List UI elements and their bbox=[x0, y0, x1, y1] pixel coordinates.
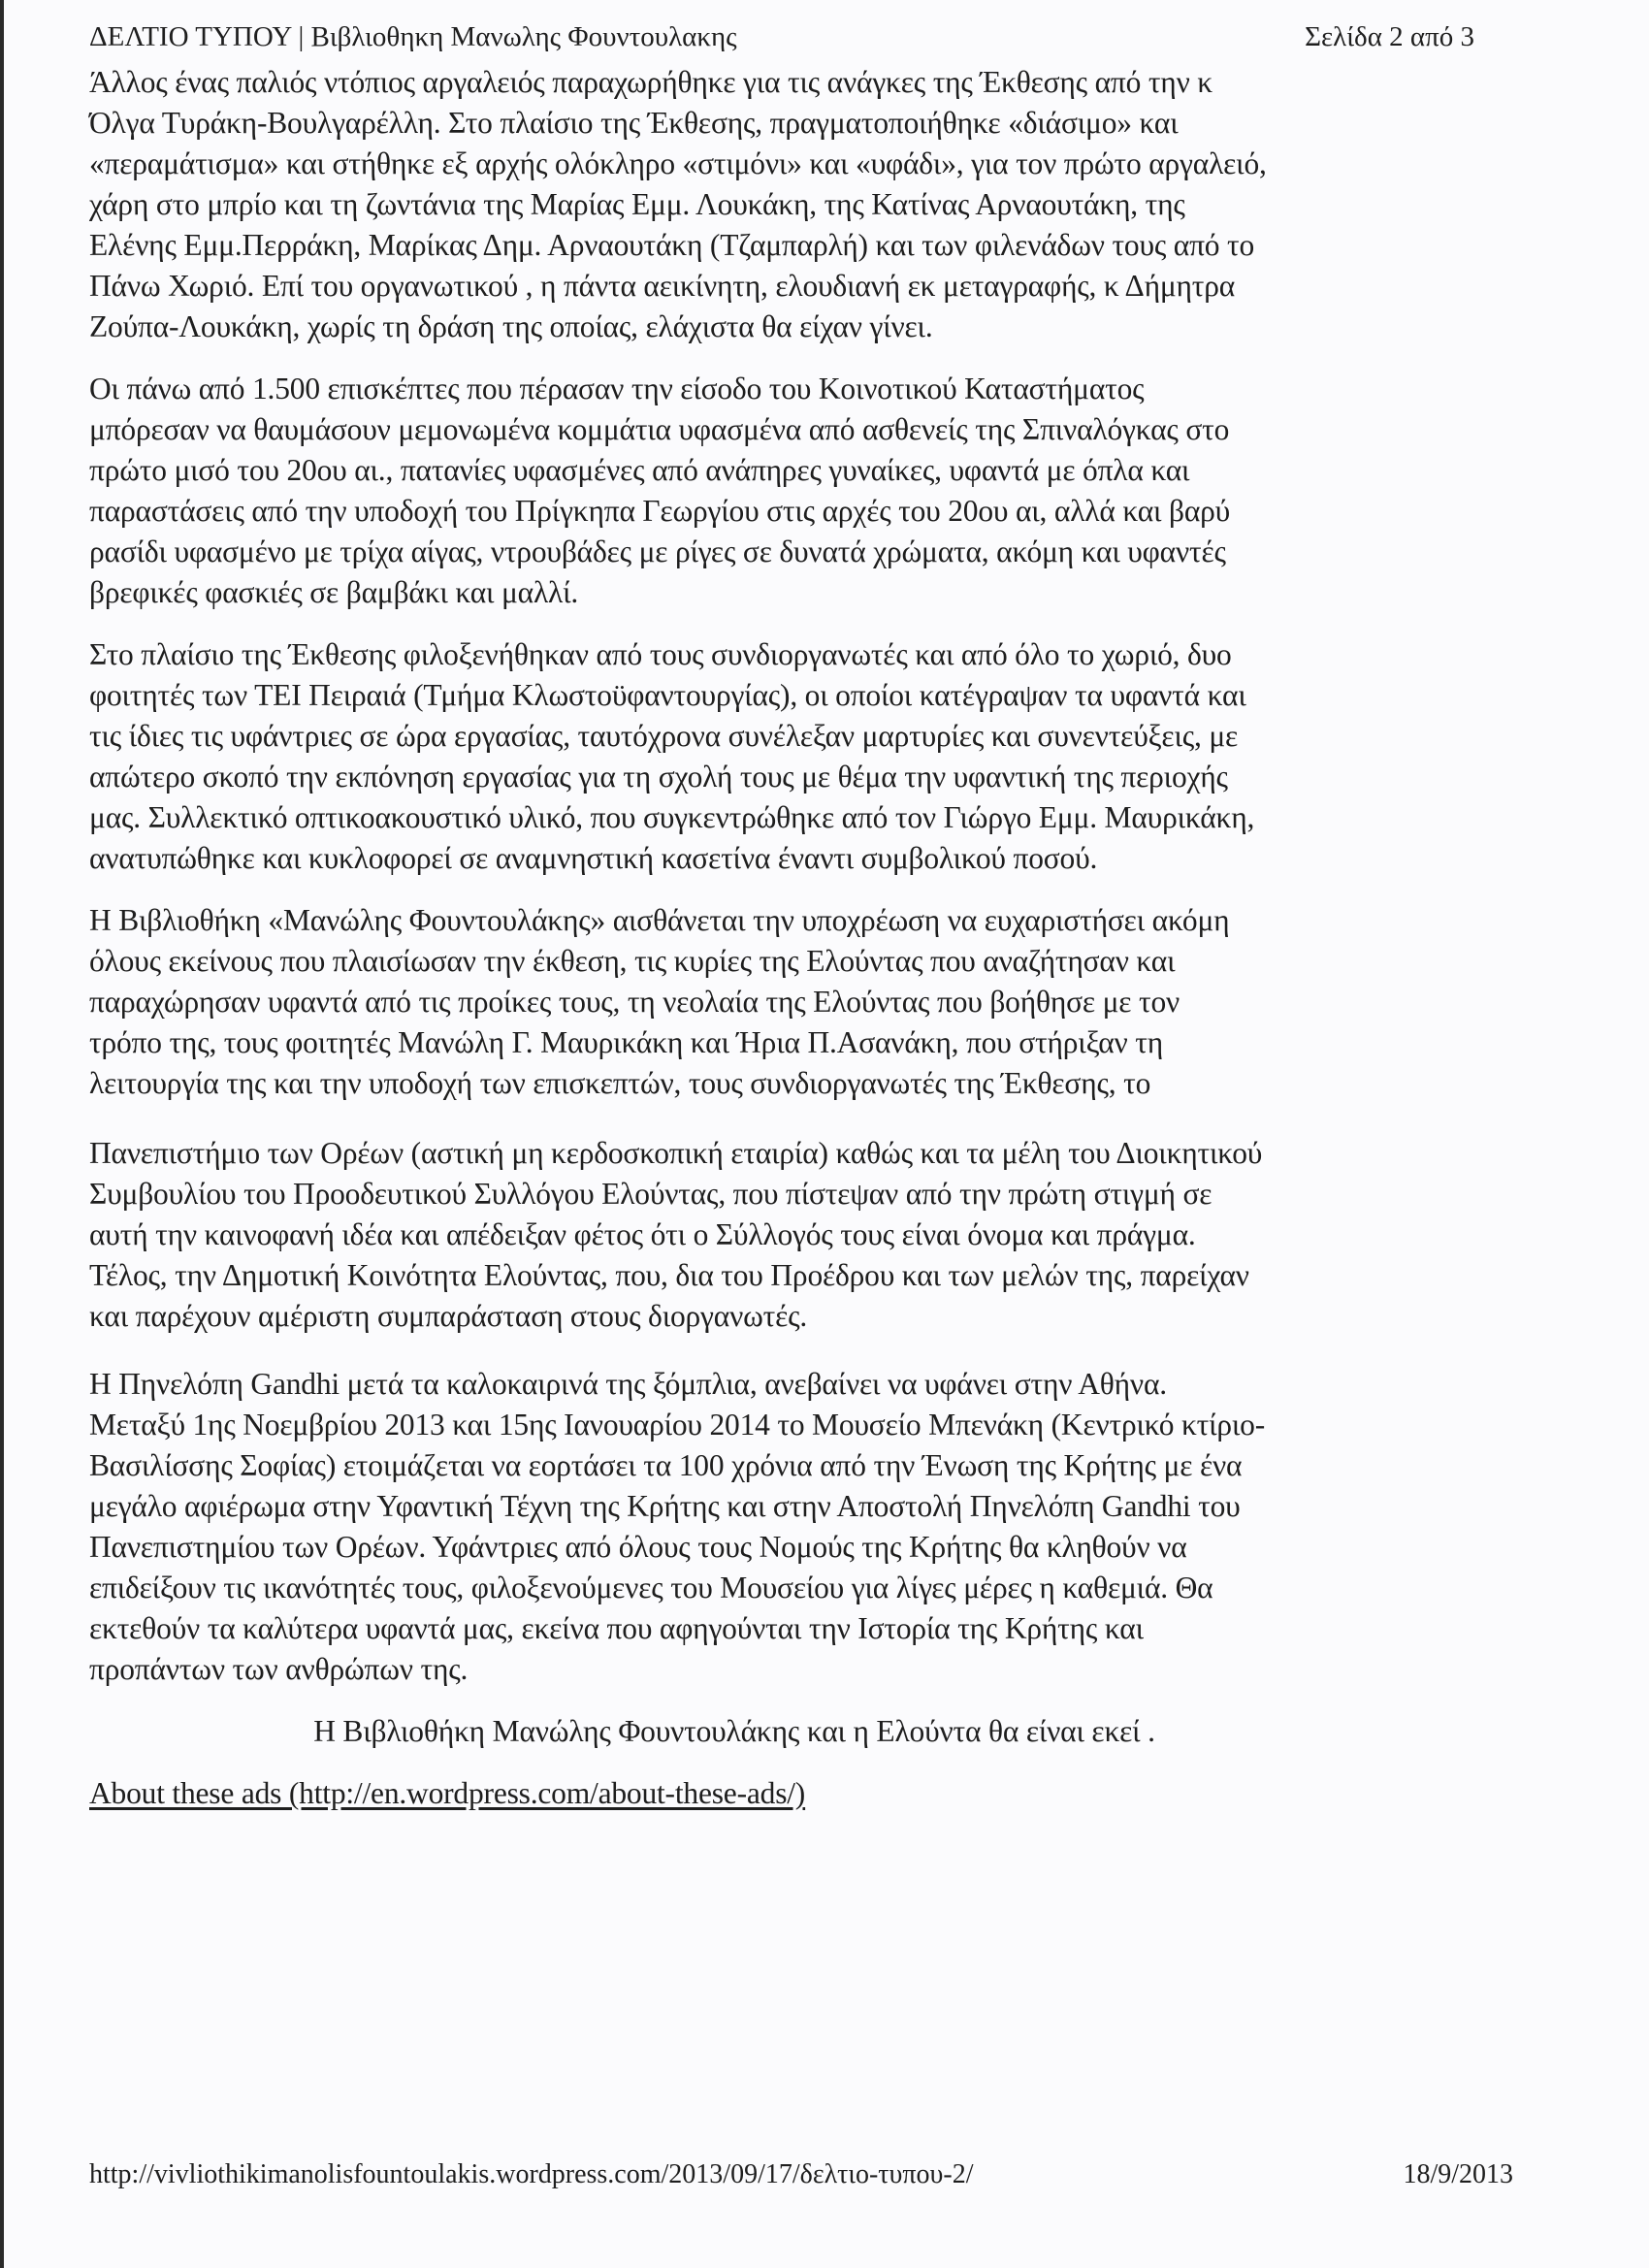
paragraph-loom-donation: Άλλος ένας παλιός ντόπιος αργαλειός παρα… bbox=[89, 62, 1544, 347]
paragraph-students: Στο πλαίσιο της Έκθεσης φιλοξενήθηκαν απ… bbox=[89, 634, 1544, 879]
document-body: Άλλος ένας παλιός ντόπιος αργαλειός παρα… bbox=[89, 62, 1544, 1814]
paragraph-thanks: Η Βιβλιοθήκη «Μανώλης Φουντουλάκης» αισθ… bbox=[89, 900, 1544, 1104]
page-indicator: Σελίδα 2 από 3 bbox=[1305, 21, 1474, 53]
footer-url: http://vivliothikimanolisfountoulakis.wo… bbox=[89, 2159, 974, 2190]
closing-line: Η Βιβλιοθήκη Μανώλης Φουντουλάκης και η … bbox=[89, 1711, 1379, 1752]
paragraph-benaki-museum: Η Πηνελόπη Gandhi μετά τα καλοκαιρινά τη… bbox=[89, 1364, 1544, 1690]
paragraph-thanks-continued: Πανεπιστήμιο των Ορέων (αστική μη κερδοσ… bbox=[89, 1133, 1544, 1337]
footer-date: 18/9/2013 bbox=[1403, 2159, 1513, 2190]
page-header: ΔΕΛΤΙΟ ΤΥΠΟΥ | Βιβλιοθηκη Μανωλης Φουντο… bbox=[89, 21, 1523, 60]
about-these-ads-link[interactable]: About these ads (http://en.wordpress.com… bbox=[89, 1773, 805, 1814]
paragraph-visitors: Οι πάνω από 1.500 επισκέπτες που πέρασαν… bbox=[89, 369, 1544, 613]
document-title: ΔΕΛΤΙΟ ΤΥΠΟΥ | Βιβλιοθηκη Μανωλης Φουντο… bbox=[89, 21, 737, 53]
scan-edge bbox=[0, 0, 4, 2268]
